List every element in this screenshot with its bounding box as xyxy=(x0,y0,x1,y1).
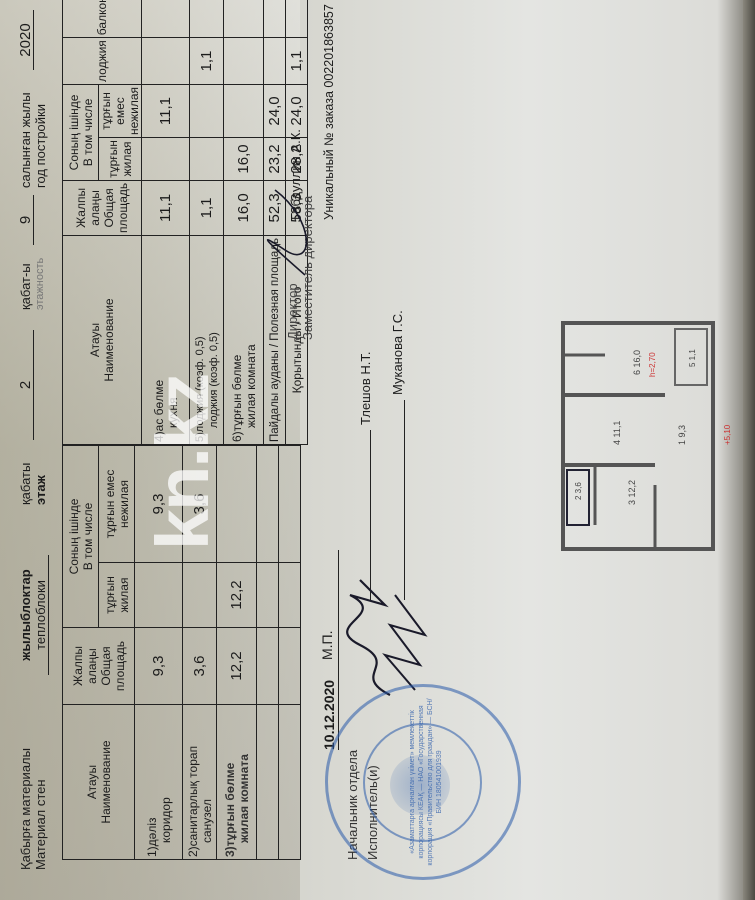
head-name: Тлешов Н.Т. xyxy=(358,352,373,425)
header-name: АтауыНаименование xyxy=(63,235,142,444)
header-including: Соның ішіндеВ том числе xyxy=(63,84,99,180)
official-stamp: «Азаматтарға арналған үкімет» мемлекетті… xyxy=(325,684,521,880)
wall-material-label: Қабырға материалы Материал стен xyxy=(18,748,48,870)
tech-passport-sheet: Қабырға материалы Материал стен жылыблок… xyxy=(0,0,755,900)
header-name: АтауыНаименование xyxy=(63,705,135,860)
height-note: h=2,70 xyxy=(648,352,657,377)
header-living: тұрғынжилая xyxy=(99,563,135,628)
header-nonliving: тұрғын емеснежилая xyxy=(99,446,135,563)
wall-material-value: жылыблоктар теплоблоки xyxy=(18,555,49,675)
elevation-note: +5,10 xyxy=(723,424,732,445)
floor-plan: 3 12,2 2 3,6 4 11,1 1 9,3 5 1,1 6 16,0 h… xyxy=(545,315,735,555)
floors-total-value: 9 xyxy=(18,195,34,245)
signature-executor xyxy=(375,575,435,695)
header-total: ЖалпыалаңыОбщаяплощадь xyxy=(63,180,142,235)
floor-label: қабаты этаж xyxy=(18,463,48,505)
room-5-label: 5 1,1 xyxy=(688,349,697,367)
room-1-label: 1 9,3 xyxy=(677,425,687,445)
header-total: ЖалпыалаңыОбщаяплощадь xyxy=(63,628,135,705)
header-living: тұрғынжилая xyxy=(99,138,142,181)
header-nonliving: тұрғын емеснежилая xyxy=(99,84,142,137)
header-balcony: балкон xyxy=(63,0,142,38)
room-3-label: 3 12,2 xyxy=(627,480,637,505)
floor-value: 2 xyxy=(18,330,34,440)
signature-director xyxy=(245,160,325,280)
watermark: kn.kz xyxy=(140,375,225,550)
year-built-value: 2020 xyxy=(18,10,34,70)
header-loggia: лоджия xyxy=(63,38,142,85)
executor-name: Муканова Г.С. xyxy=(390,310,405,395)
room-4-label: 4 11,1 xyxy=(612,421,622,445)
header-including: Соның ішіндеВ том числе xyxy=(63,446,99,628)
room-6-label: 6 16,0 xyxy=(632,350,642,375)
year-built-label: салынған жылы год постройки xyxy=(18,92,48,188)
room-2-label: 2 3,6 xyxy=(574,482,583,500)
floors-total-label: қабат-ы этажность xyxy=(18,258,48,310)
director-label: Директор xyxy=(285,283,300,340)
